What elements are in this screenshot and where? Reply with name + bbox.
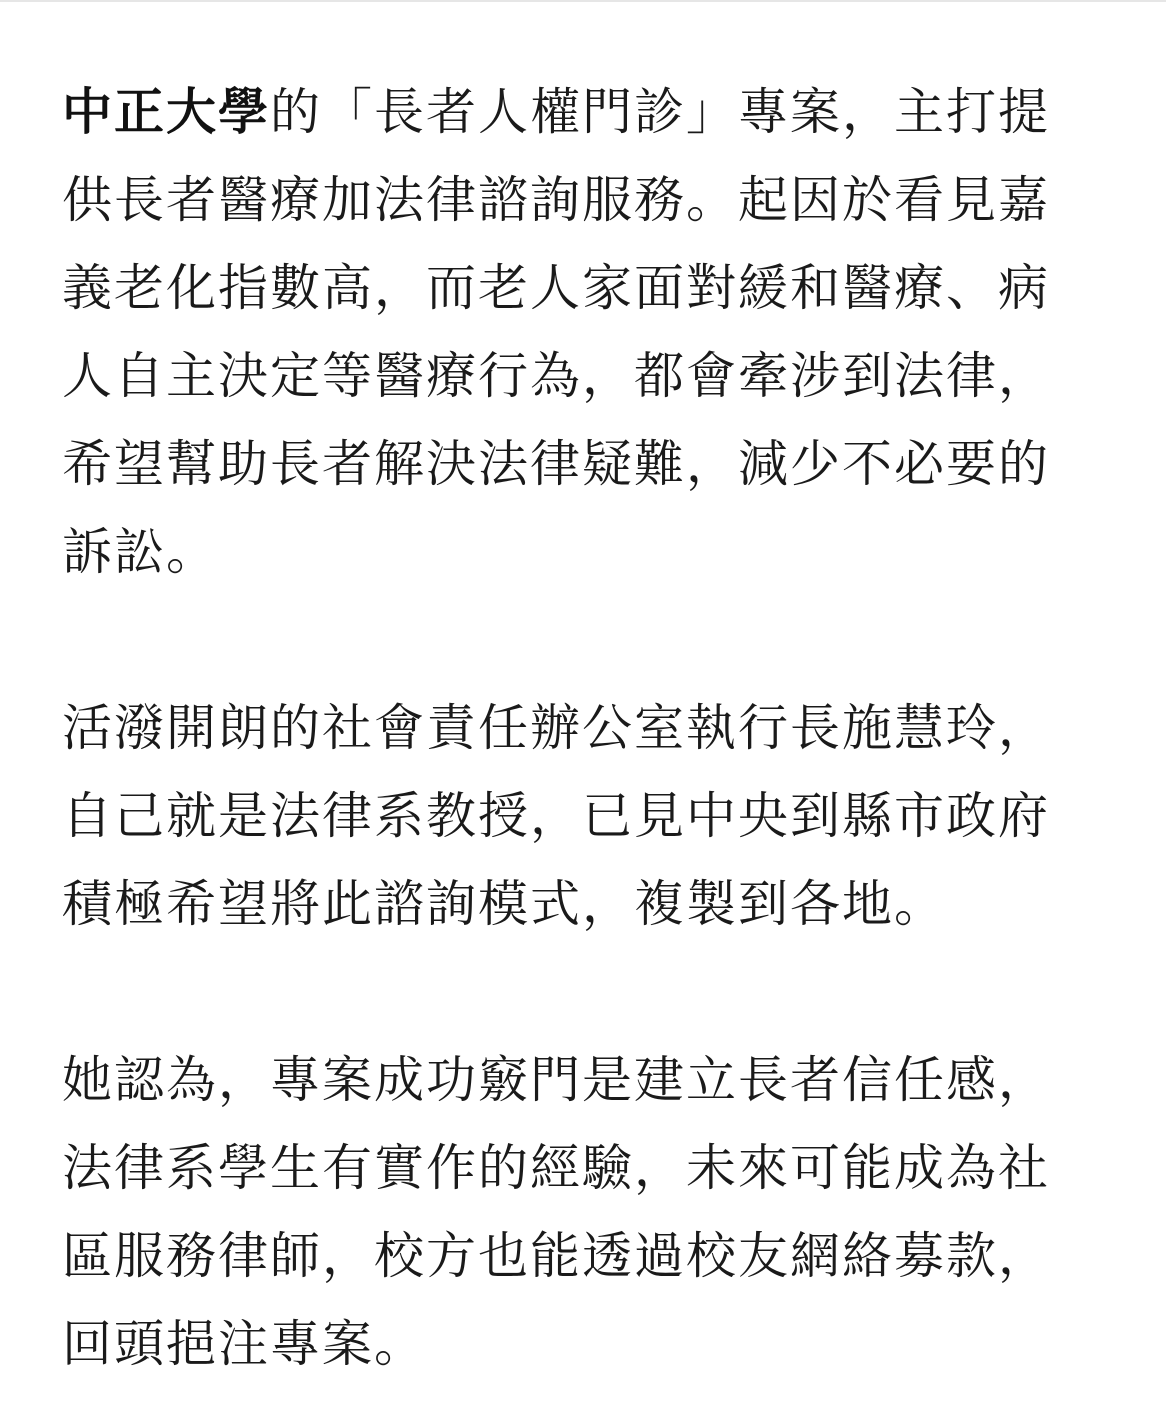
paragraph-1-text: 的「長者人權門診」專案，主打提供長者醫療加法律諮詢服務。起因於看見嘉義老化指數高… bbox=[62, 83, 1050, 581]
paragraph-2: 活潑開朗的社會責任辦公室執行長施慧玲，自己就是法律系教授，已見中央到縣市政府積極… bbox=[62, 684, 1074, 948]
paragraph-3: 她認為，專案成功竅門是建立長者信任感，法律系學生有實作的經驗，未來可能成為社區服… bbox=[62, 1036, 1074, 1388]
article-body: 中正大學的「長者人權門診」專案，主打提供長者醫療加法律諮詢服務。起因於看見嘉義老… bbox=[62, 68, 1074, 1388]
paragraph-3-text: 她認為，專案成功竅門是建立長者信任感，法律系學生有實作的經驗，未來可能成為社區服… bbox=[62, 1051, 1050, 1373]
paragraph-2-text: 活潑開朗的社會責任辦公室執行長施慧玲，自己就是法律系教授，已見中央到縣市政府積極… bbox=[62, 699, 1050, 933]
paragraph-1: 中正大學的「長者人權門診」專案，主打提供長者醫療加法律諮詢服務。起因於看見嘉義老… bbox=[62, 68, 1074, 596]
paragraph-1-bold-lead: 中正大學 bbox=[62, 83, 270, 141]
